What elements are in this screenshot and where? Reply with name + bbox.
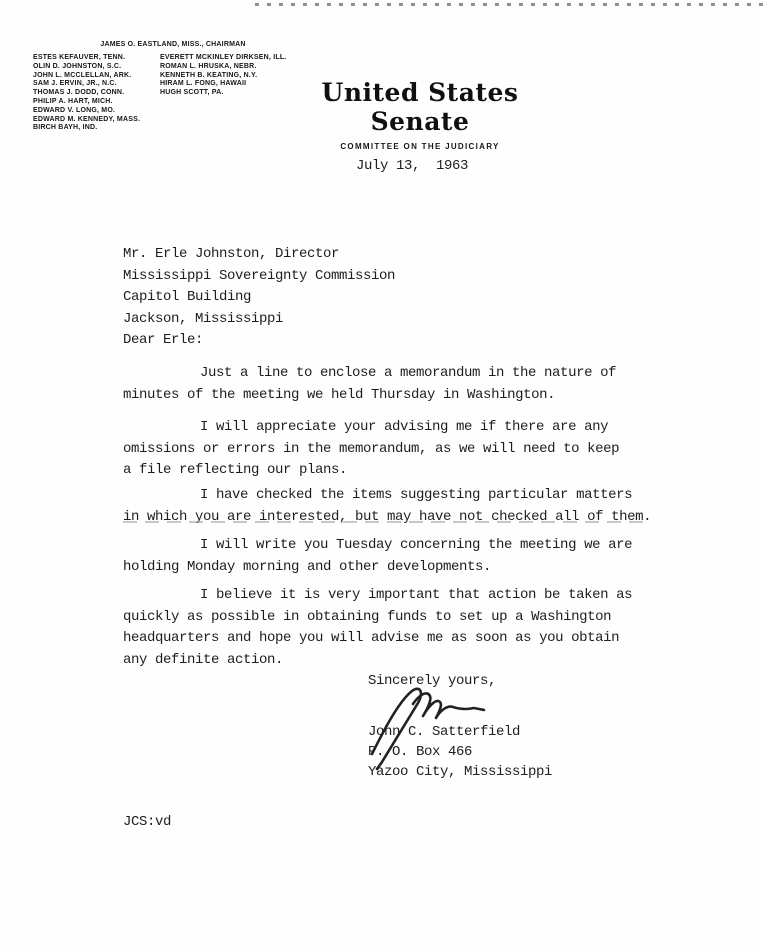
- letterhead-chairman: JAMES O. EASTLAND, MISS., CHAIRMAN: [62, 41, 284, 48]
- letterhead-members-left: ESTES KEFAUVER, TENN. OLIN D. JOHNSTON, …: [33, 54, 140, 133]
- paper-background: JAMES O. EASTLAND, MISS., CHAIRMAN ESTES…: [0, 0, 763, 948]
- letter-date: July 13, 1963: [356, 156, 468, 178]
- signer-address-block: P. O. Box 466 Yazoo City, Mississippi: [368, 743, 552, 782]
- signer-typed-name: John C. Satterfield: [368, 723, 520, 743]
- body-paragraph: Just a line to enclose a memorandum in t…: [123, 363, 616, 406]
- committee-subtitle: COMMITTEE ON THE JUDICIARY: [280, 142, 560, 151]
- typist-reference: JCS:vd: [123, 812, 171, 834]
- scan-underline-artifact: [123, 521, 645, 523]
- letterhead-center: United States Senate COMMITTEE ON THE JU…: [280, 78, 560, 151]
- letter-page: { "letterhead": { "chairman": "JAMES O. …: [0, 0, 763, 948]
- salutation: Dear Erle:: [123, 330, 203, 352]
- body-paragraph: I will appreciate your advising me if th…: [123, 417, 619, 482]
- recipient-address-block: Mr. Erle Johnston, Director Mississippi …: [123, 244, 395, 330]
- letterhead-members-right: EVERETT MCKINLEY DIRKSEN, ILL. ROMAN L. …: [160, 54, 286, 98]
- organization-title: United States Senate: [280, 78, 560, 136]
- scan-dashed-edge: [255, 3, 763, 6]
- body-paragraph: I believe it is very important that acti…: [123, 585, 632, 671]
- body-paragraph: I will write you Tuesday concerning the …: [123, 535, 632, 578]
